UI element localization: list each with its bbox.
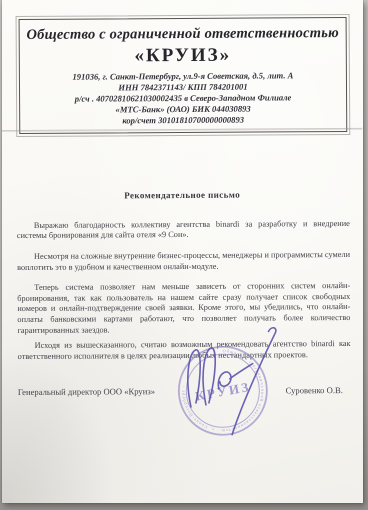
paragraph: Исходя из вышесказанного, считаю возможн… [18, 339, 351, 363]
scanned-page-stage: Общество с ограниченной ответственностью… [0, 0, 368, 510]
signature-row: Генеральный директор ООО «Круиз» Суровен… [3, 385, 364, 397]
letterhead-frame: Общество с ограниченной ответственностью… [16, 14, 351, 137]
signatory-name: Суровенко О.В. [286, 385, 343, 395]
paragraph: Выражаю благодарность коллективу агентст… [17, 219, 350, 243]
signatory-position: Генеральный директор ООО «Круиз» [18, 386, 155, 397]
corr-account-line: кор/счет 30101810700000000893 [24, 114, 342, 127]
organization-name: «КРУИЗ» [24, 45, 342, 68]
letter-body: Выражаю благодарность коллективу агентст… [17, 219, 351, 363]
letterhead-box: Общество с ограниченной ответственностью… [19, 17, 348, 134]
paragraph: Теперь система позволяет нам меньше зави… [17, 281, 350, 337]
document-content: Общество с ограниченной ответственностью… [0, 0, 364, 504]
letter-title: Рекомендательное письмо [2, 188, 363, 200]
organization-type: Общество с ограниченной ответственностью [24, 25, 342, 44]
letterhead-details: 191036, г. Санкт-Петербург, ул.9-я Совет… [24, 70, 342, 127]
paper-sheet: Общество с ограниченной ответственностью… [2, 0, 363, 503]
paragraph: Несмотря на сложные внутренние бизнес-пр… [17, 250, 350, 274]
